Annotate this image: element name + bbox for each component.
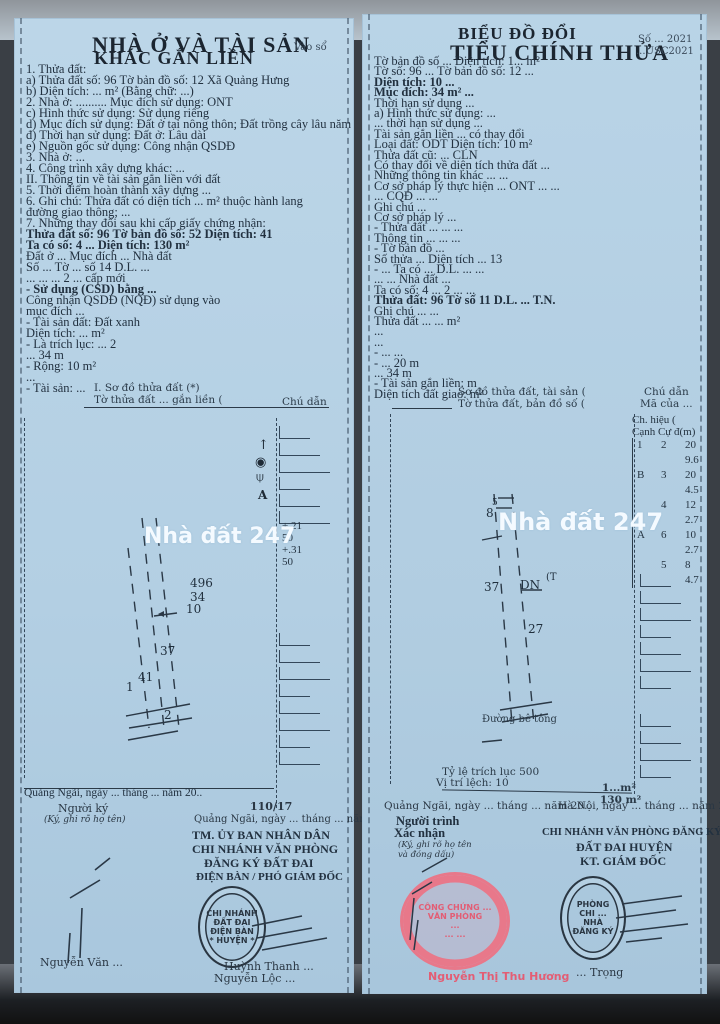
text-line: - Tài sản: ... xyxy=(26,381,85,395)
right-sig-caption-1: (Ký, ghi rõ họ tên xyxy=(398,840,472,850)
plot-road-label: Đường bê tông xyxy=(482,714,557,725)
dimension-label: 8 xyxy=(486,506,494,520)
right-official-signer: ... Trọng xyxy=(576,966,623,979)
red-stamp-signer: Nguyễn Thị Thu Hương xyxy=(428,970,569,983)
dimension-label: 496 xyxy=(190,576,213,590)
left-sig-caption: (Ký, ghi rõ họ tên) xyxy=(44,815,125,825)
right-page: BIỂU ĐỒ ĐỔI TIỂU CHÍNH THỬA Số ... 2021 … xyxy=(362,14,707,994)
right-authority-line-3: KT. GIÁM ĐỐC xyxy=(580,854,666,868)
official-signer-sub: Nguyễn Lộc ... xyxy=(214,972,295,985)
right-left-signature xyxy=(392,850,472,950)
right-bottom-right-date: Hà Nội, ngày ... tháng ... năm 2025 xyxy=(558,800,720,812)
left-page: NHÀ Ở VÀ TÀI SẢN KHÁC GẮN LIỀN Vào sổ 1.… xyxy=(14,18,354,993)
dimension-label: 10 xyxy=(186,602,201,616)
dimension-label: 27 xyxy=(528,622,543,636)
dimension-label: 37 xyxy=(484,580,499,594)
dimension-label: 41 xyxy=(138,670,153,684)
left-doc-number: 110/17 xyxy=(250,800,292,813)
right-watermark: Nhà đất 247 xyxy=(498,508,663,536)
dimension-label: 2 xyxy=(164,708,172,722)
left-plot-caption-1: I. Sơ đồ thửa đất (*) xyxy=(94,382,200,394)
authority-line-4: ĐIỆN BÀN / PHÓ GIÁM ĐỐC xyxy=(196,870,343,884)
left-bottom-date: Quảng Ngãi, ngày ... tháng ... năm 20.. xyxy=(24,786,202,800)
dimension-label: 37 xyxy=(160,644,175,658)
dimension-label: DN xyxy=(520,578,540,592)
authority-line-3: ĐĂNG KÝ ĐẤT ĐAI xyxy=(204,856,313,870)
left-plot-drawing xyxy=(14,398,354,798)
text-line: Thửa đất ... ... m² xyxy=(374,314,460,328)
right-signer-sub: Xác nhận xyxy=(394,826,445,840)
right-authority-line-2: ĐẤT ĐAI HUYỆN xyxy=(576,840,672,854)
right-authority-line-1: CHI NHÁNH VĂN PHÒNG ĐĂNG KÝ xyxy=(542,826,720,840)
right-official-signature xyxy=(592,884,712,954)
scale-note-2: Vị trí lệch: 10 xyxy=(436,777,509,789)
left-signer-title: Người ký xyxy=(58,802,108,815)
dimension-label: 1 xyxy=(126,680,134,694)
left-official-signature xyxy=(232,898,352,958)
right-plot-drawing xyxy=(362,394,702,794)
dimension-label: (T xyxy=(546,572,557,583)
right-corner-note-2: ...USC2021 xyxy=(636,46,694,57)
right-corner-note-1: Số ... 2021 xyxy=(638,34,692,45)
left-corner-note: Vào sổ xyxy=(294,42,327,53)
left-title-line-2: KHÁC GẮN LIỀN xyxy=(94,48,254,69)
left-watermark: Nhà đất 247 xyxy=(144,524,295,549)
dimension-label: 5 xyxy=(492,498,498,508)
text-line: - Rộng: 10 m² xyxy=(26,359,96,373)
authority-line-2: CHI NHÁNH VĂN PHÒNG xyxy=(192,842,338,856)
left-signer-name: Nguyễn Văn ... xyxy=(40,956,123,969)
authority-line-1: TM. ỦY BAN NHÂN DÂN xyxy=(192,828,330,842)
